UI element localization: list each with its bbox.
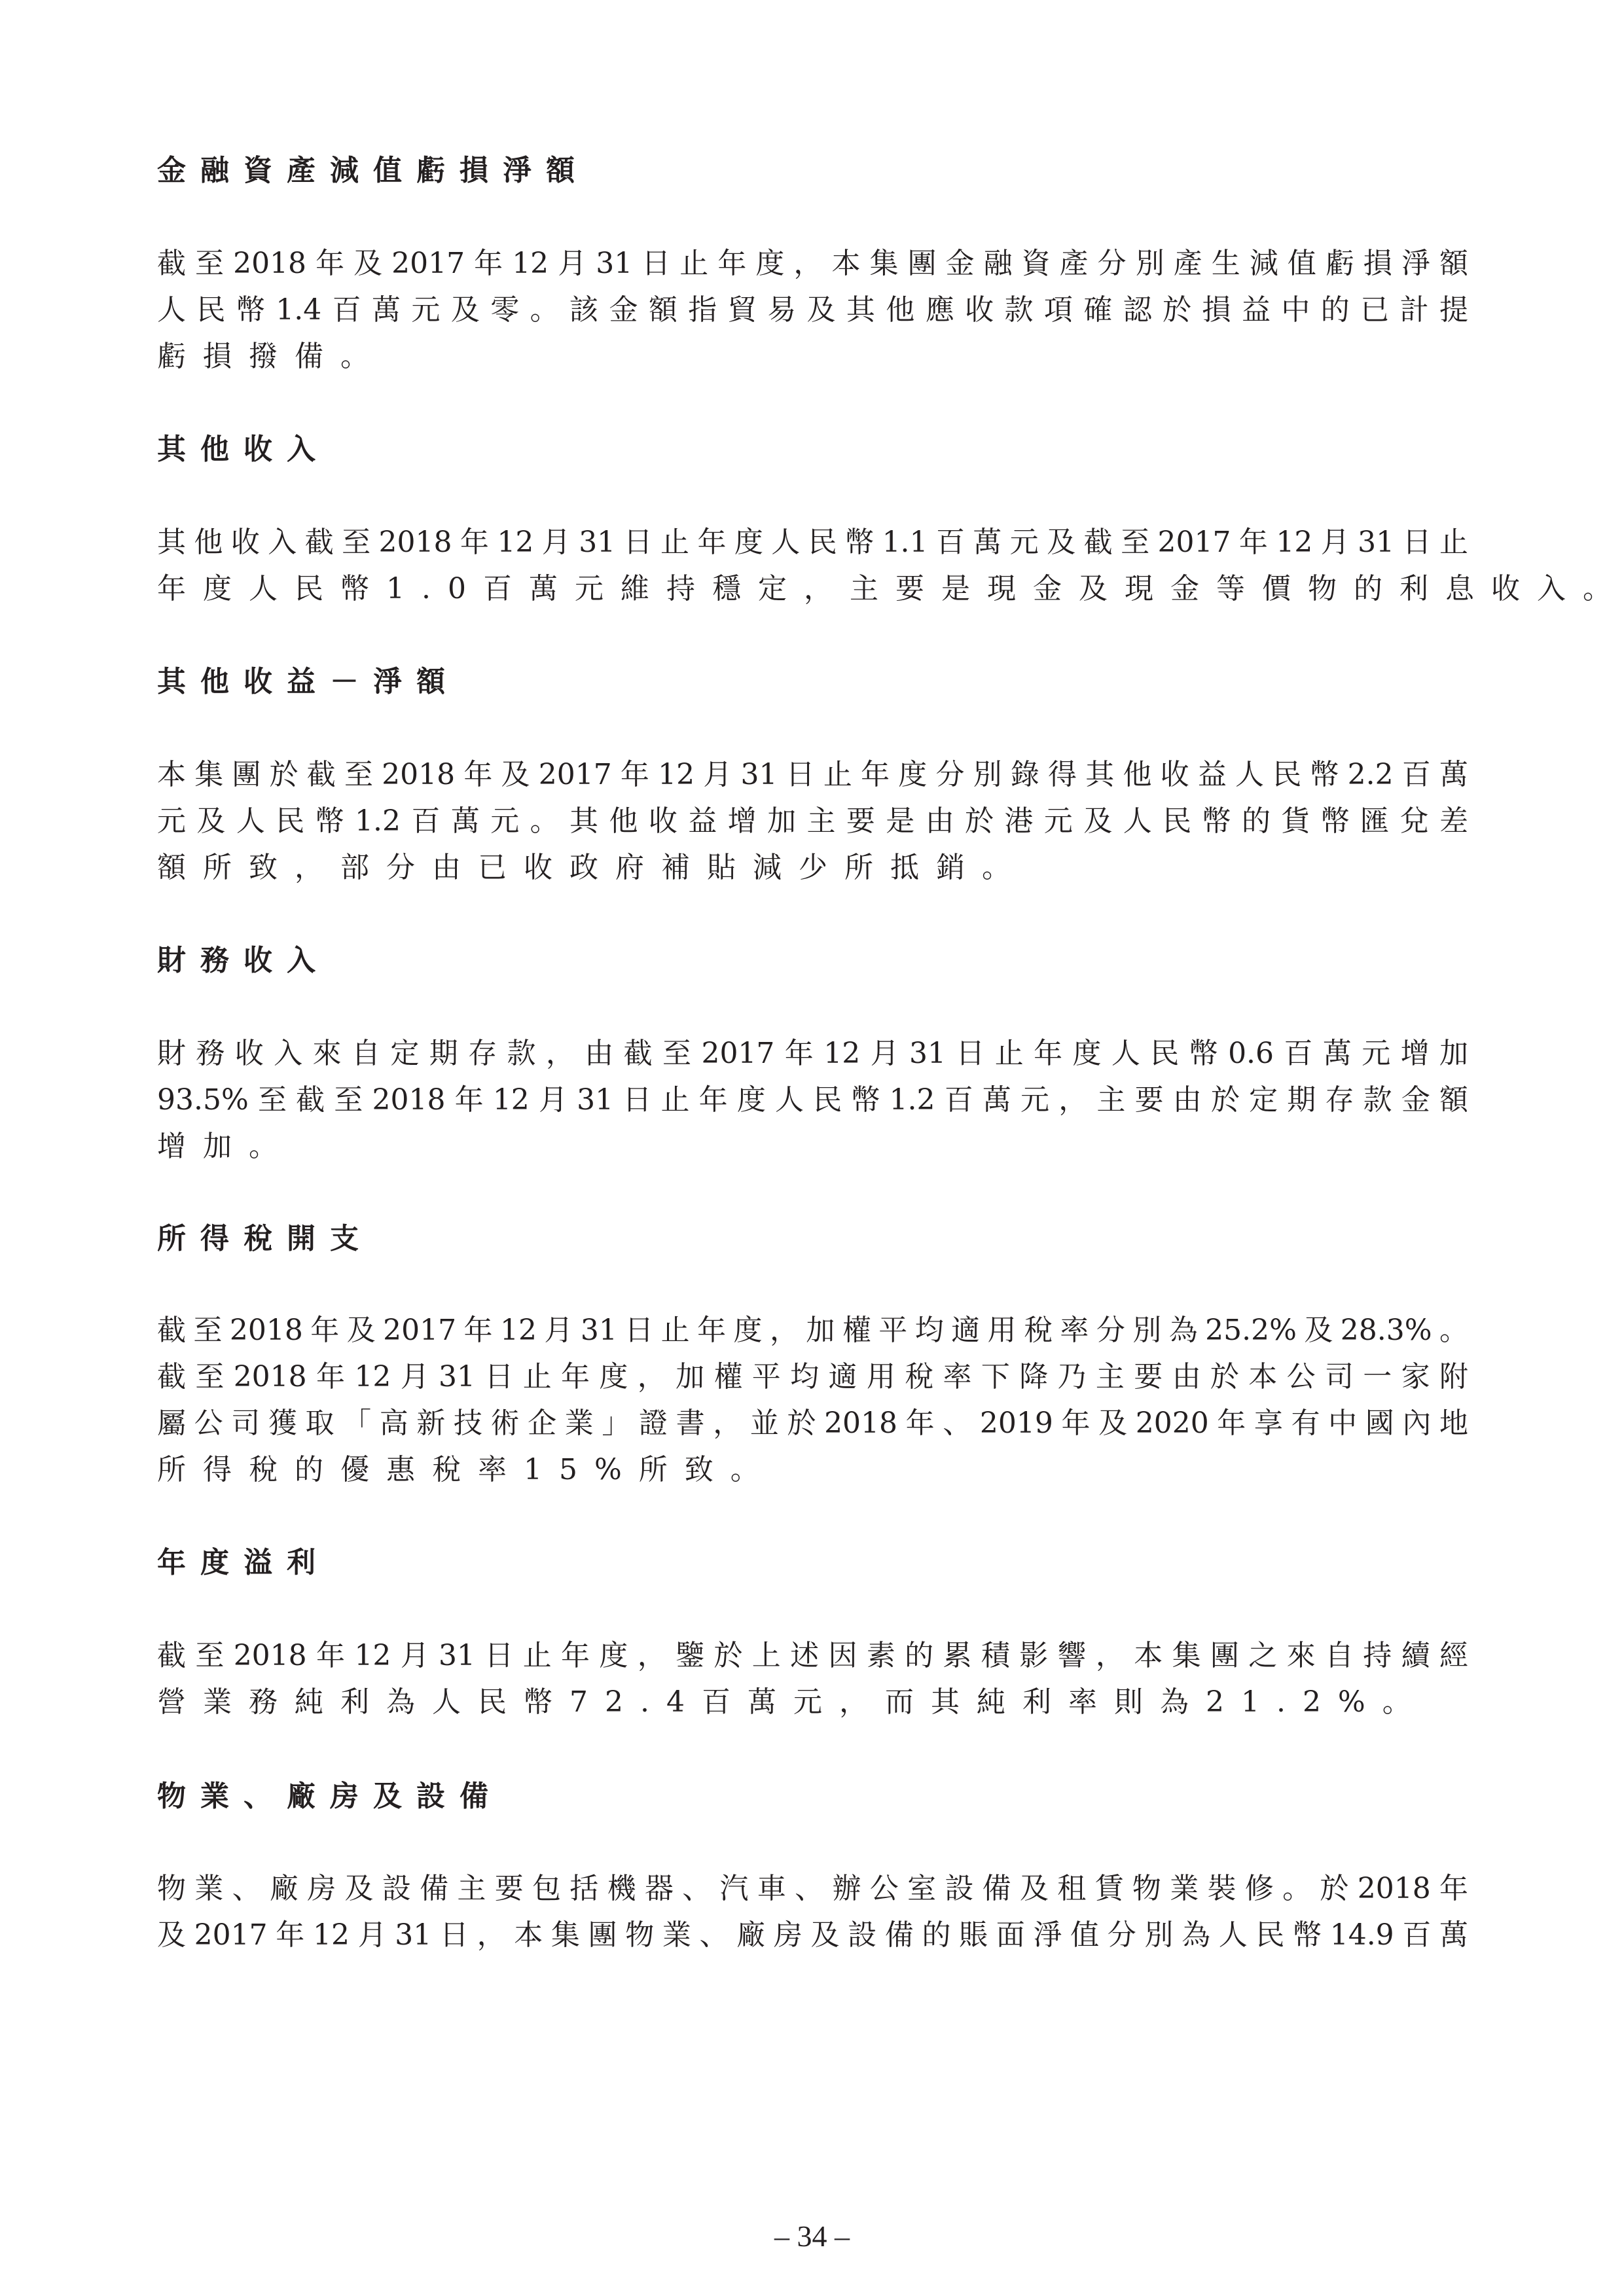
paragraph-line: 93.5%至截至2018年12月31日止年度人民幣1.2百萬元，主要由於定期存款… bbox=[157, 1084, 1468, 1117]
paragraph-line: 截至2018年12月31日止年度，加權平均適用稅率下降乃主要由於本公司一家附 bbox=[157, 1361, 1468, 1393]
section-heading-finance-income: 財務收入 bbox=[157, 944, 1468, 977]
section-paragraph-finance-income: 財務收入來自定期存款，由截至2017年12月31日止年度人民幣0.6百萬元增加 … bbox=[157, 1037, 1468, 1163]
document-page: 金融資產減值虧損淨額 截至2018年及2017年12月31日止年度，本集團金融資… bbox=[0, 0, 1624, 2296]
section-paragraph-property-plant-equipment: 物業、廠房及設備主要包括機器、汽車、辦公室設備及租賃物業裝修。於2018年 及2… bbox=[157, 1873, 1468, 1952]
paragraph-line: 物業、廠房及設備主要包括機器、汽車、辦公室設備及租賃物業裝修。於2018年 bbox=[157, 1873, 1468, 1905]
paragraph-line: 所得稅的優惠稅率15%所致。 bbox=[157, 1454, 1468, 1486]
paragraph-line: 人民幣1.4百萬元及零。該金額指貿易及其他應收款項確認於損益中的已計提 bbox=[157, 294, 1468, 327]
paragraph-line: 截至2018年及2017年12月31日止年度，加權平均適用稅率分別為25.2%及… bbox=[157, 1314, 1468, 1347]
paragraph-line: 營業務純利為人民幣72.4百萬元，而其純利率則為21.2%。 bbox=[157, 1686, 1468, 1719]
section-paragraph-profit-for-year: 截至2018年12月31日止年度，鑒於上述因素的累積影響，本集團之來自持續經 營… bbox=[157, 1640, 1468, 1719]
section-heading-impairment-losses: 金融資產減值虧損淨額 bbox=[157, 154, 1468, 187]
paragraph-line: 元及人民幣1.2百萬元。其他收益增加主要是由於港元及人民幣的貨幣匯兌差 bbox=[157, 805, 1468, 838]
paragraph-line: 屬公司獲取「高新技術企業」證書，並於2018年、2019年及2020年享有中國內… bbox=[157, 1407, 1468, 1440]
paragraph-line: 及2017年12月31日，本集團物業、廠房及設備的賬面淨值分別為人民幣14.9百… bbox=[157, 1919, 1468, 1952]
paragraph-line: 額所致，部分由已收政府補貼減少所抵銷。 bbox=[157, 852, 1468, 884]
section-heading-other-gains-net: 其他收益－淨額 bbox=[157, 666, 1468, 698]
paragraph-line: 其他收入截至2018年12月31日止年度人民幣1.1百萬元及截至2017年12月… bbox=[157, 526, 1468, 559]
page-number: – 34 – bbox=[0, 2220, 1624, 2253]
section-paragraph-impairment-losses: 截至2018年及2017年12月31日止年度，本集團金融資產分別產生減值虧損淨額… bbox=[157, 247, 1468, 373]
section-heading-other-income: 其他收入 bbox=[157, 433, 1468, 466]
section-heading-property-plant-equipment: 物業、廠房及設備 bbox=[157, 1780, 1468, 1813]
paragraph-line: 截至2018年12月31日止年度，鑒於上述因素的累積影響，本集團之來自持續經 bbox=[157, 1640, 1468, 1672]
section-paragraph-other-gains-net: 本集團於截至2018年及2017年12月31日止年度分別錄得其他收益人民幣2.2… bbox=[157, 759, 1468, 884]
paragraph-line: 本集團於截至2018年及2017年12月31日止年度分別錄得其他收益人民幣2.2… bbox=[157, 759, 1468, 791]
paragraph-line: 財務收入來自定期存款，由截至2017年12月31日止年度人民幣0.6百萬元增加 bbox=[157, 1037, 1468, 1070]
section-paragraph-other-income: 其他收入截至2018年12月31日止年度人民幣1.1百萬元及截至2017年12月… bbox=[157, 526, 1468, 605]
paragraph-line: 年度人民幣1.0百萬元維持穩定，主要是現金及現金等價物的利息收入。 bbox=[157, 573, 1468, 605]
paragraph-line: 虧損撥備。 bbox=[157, 340, 1468, 373]
paragraph-line: 增加。 bbox=[157, 1130, 1468, 1163]
paragraph-line: 截至2018年及2017年12月31日止年度，本集團金融資產分別產生減值虧損淨額 bbox=[157, 247, 1468, 280]
section-paragraph-income-tax-expense: 截至2018年及2017年12月31日止年度，加權平均適用稅率分別為25.2%及… bbox=[157, 1314, 1468, 1486]
section-heading-profit-for-year: 年度溢利 bbox=[157, 1547, 1468, 1579]
section-heading-income-tax-expense: 所得稅開支 bbox=[157, 1223, 1468, 1255]
